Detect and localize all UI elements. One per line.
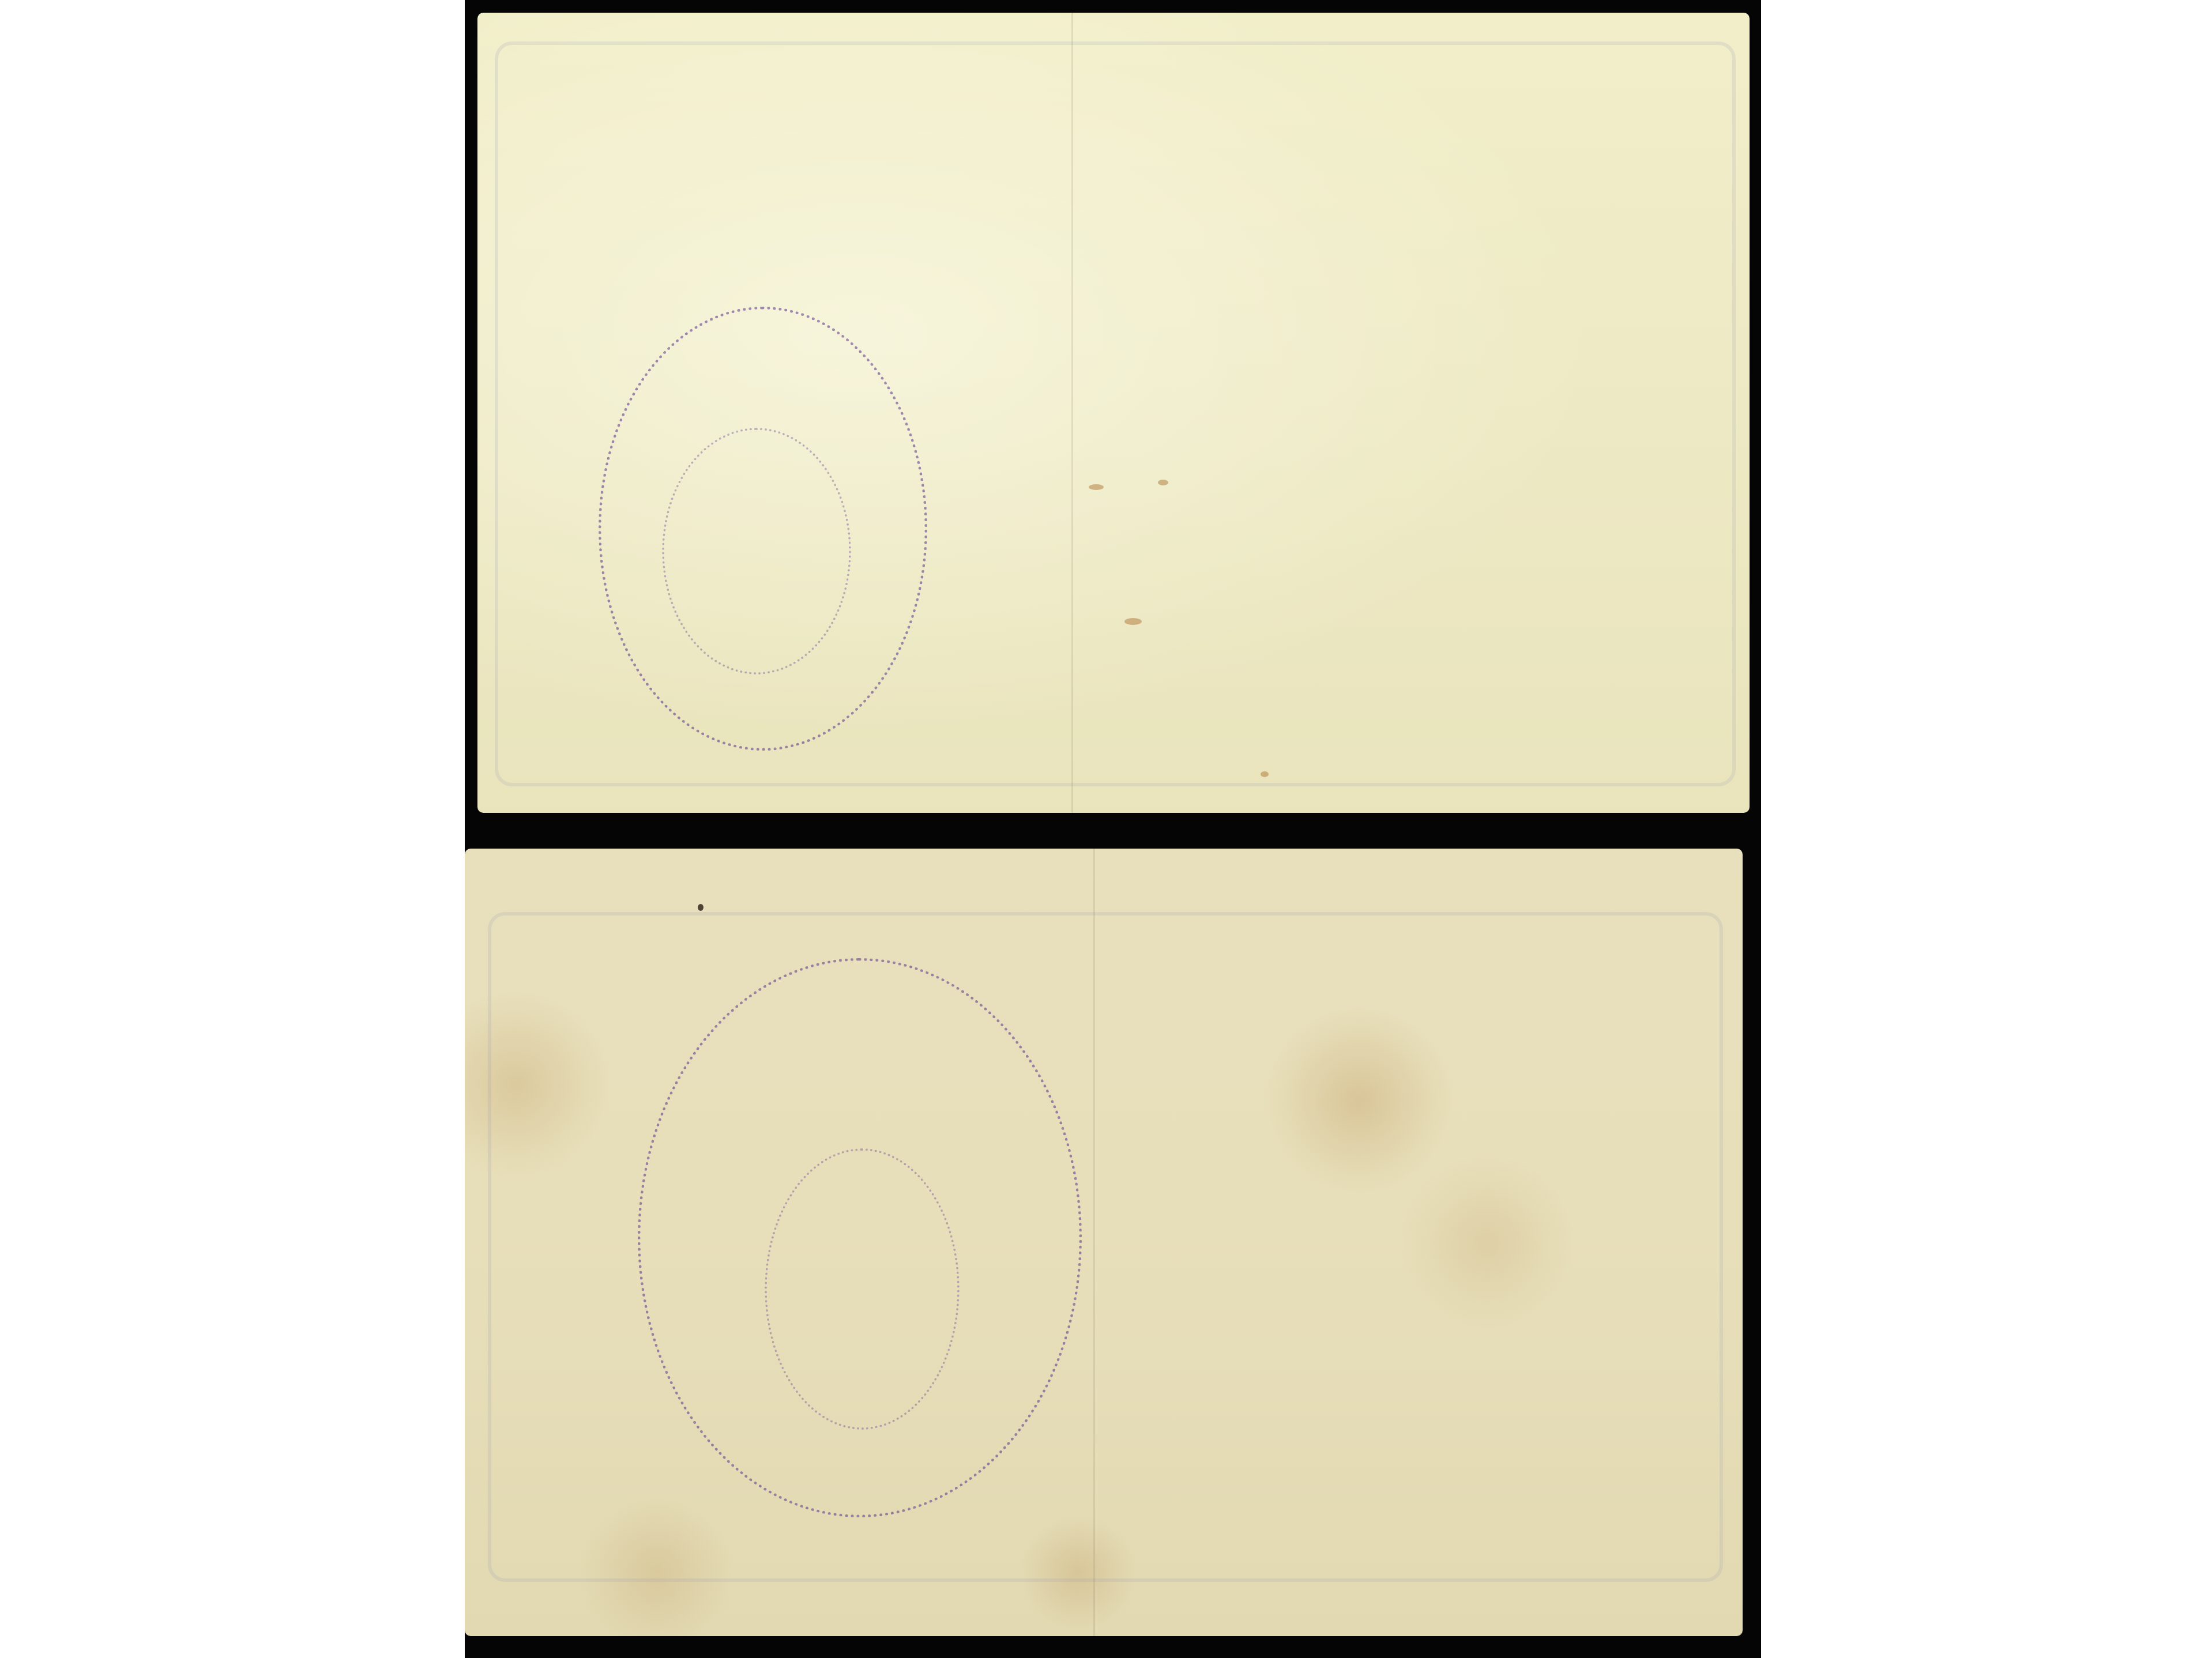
stain	[1089, 484, 1104, 490]
stain	[1261, 771, 1269, 777]
banknote-bottom: purple oval handstamp with crest	[465, 849, 1743, 1636]
stamp-crest	[765, 1148, 960, 1430]
stain	[1124, 618, 1142, 625]
black-background: faint purple oval handstamp purple oval …	[465, 0, 1761, 1658]
stamp-inner-ring	[662, 428, 851, 674]
stain	[1158, 480, 1168, 485]
banknote-top: faint purple oval handstamp	[477, 13, 1750, 813]
fold-line	[1071, 13, 1073, 813]
dark-spot	[698, 904, 704, 911]
fold-line	[1093, 849, 1095, 1636]
